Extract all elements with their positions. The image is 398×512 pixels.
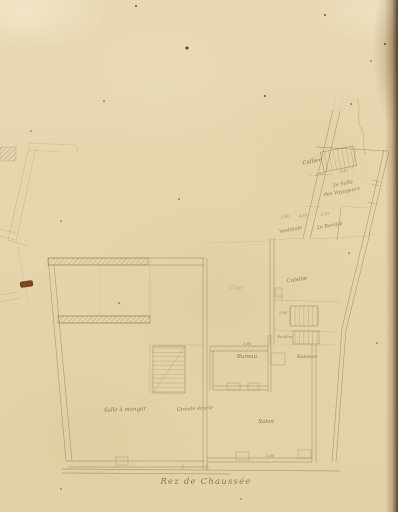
dimension-text: 4.50 [297,212,308,218]
label-salon: Salon [258,419,274,425]
label-salle-voyageurs-2: des Voyageurs [323,186,361,198]
label-vestibule: Vestibule [279,225,303,235]
left-edge-structure [0,143,78,302]
dimension-text: 2.13 [319,210,330,216]
dimension-text: 4.40 [338,167,349,174]
label-bureau: Bureau [236,354,258,360]
plan-caption: Rez de Chaussée [159,476,251,487]
page-edge-shadow [385,0,398,512]
main-staircase [153,346,185,393]
label-cuisine: Cuisine [286,275,308,284]
bureau-section-walls [210,331,336,392]
label-grande-ecurie: Grande écurie [177,404,214,413]
dimension-text: 2.50 [279,213,290,219]
label-salle-a-manger: Salle à manger [104,405,147,413]
dimension-text: 2.80 [242,341,252,346]
scanned-floor-plan-page: Cellier 2e Salle des Voyageurs Vestibule… [0,0,398,512]
salon-section-walls [207,345,316,462]
label-remise: 2e Remise [315,221,343,232]
floor-plan-drawing: Cellier 2e Salle des Voyageurs Vestibule… [0,0,398,512]
label-balance: Balance [296,354,317,360]
street-line [62,464,340,474]
label-cellier: Cellier [302,157,322,166]
dimension-text: 2.60 [314,170,325,177]
kitchen-strip-walls [270,232,370,462]
dimension-text: 2.64 [278,310,288,315]
label-cour: Cour [229,285,245,292]
courtyard [207,241,270,243]
label-escalier: Escalier [276,334,293,339]
dimension-text: 3.60 [266,453,275,458]
